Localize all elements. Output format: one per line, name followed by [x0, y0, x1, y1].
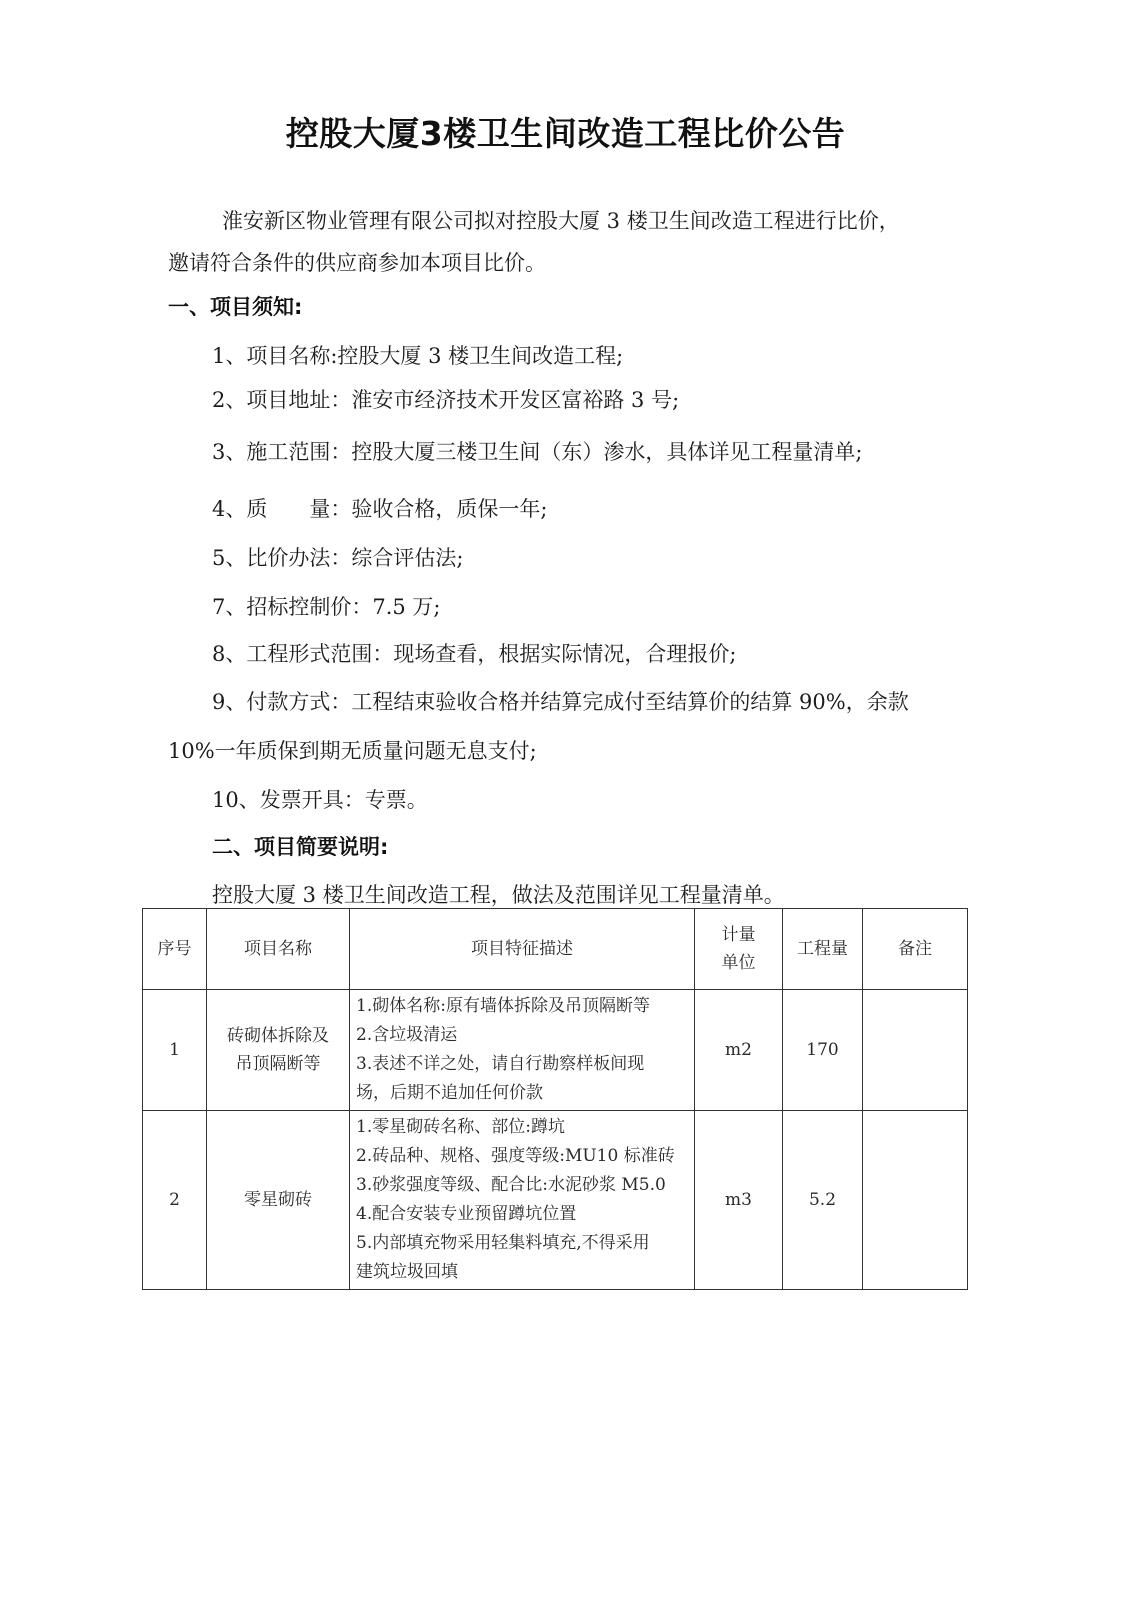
notice-item-10: 10、发票开具：专票。: [212, 784, 428, 814]
description-line: 2.含垃圾清运: [356, 1021, 688, 1050]
row-unit: m3: [695, 1111, 783, 1290]
notice-item-1: 1、项目名称:控股大厦 3 楼卫生间改造工程;: [212, 340, 623, 370]
row-item-name-line-1: 零星砌砖: [207, 1186, 349, 1214]
row-description: 1.零星砌砖名称、部位:蹲坑 2.砖品种、规格、强度等级:MU10 标准砖 3.…: [350, 1111, 695, 1290]
header-item-name: 项目名称: [207, 909, 350, 990]
notice-item-9-continued: 10%一年质保到期无质量问题无息支付;: [168, 735, 537, 765]
row-remark: [863, 990, 968, 1111]
description-line: 5.内部填充物采用轻集料填充,不得采用: [356, 1229, 688, 1258]
header-seq: 序号: [143, 909, 207, 990]
notice-item-4: 4、质 量：验收合格，质保一年;: [212, 493, 547, 523]
row-unit: m2: [695, 990, 783, 1111]
description-line: 1.零星砌砖名称、部位:蹲坑: [356, 1113, 688, 1142]
header-remark: 备注: [863, 909, 968, 990]
notice-item-3: 3、施工范围：控股大厦三楼卫生间（东）渗水，具体详见工程量清单;: [212, 436, 862, 466]
description-line: 1.砌体名称:原有墙体拆除及吊顶隔断等: [356, 992, 688, 1021]
document-title: 控股大厦3楼卫生间改造工程比价公告: [0, 108, 1131, 155]
bill-of-quantities-table: 序号 项目名称 项目特征描述 计量 单位 工程量 备注 1 砖砌体拆除及 吊顶隔…: [142, 908, 968, 1290]
header-description: 项目特征描述: [350, 909, 695, 990]
description-line: 2.砖品种、规格、强度等级:MU10 标准砖: [356, 1142, 688, 1171]
section-2-heading: 二、项目简要说明:: [212, 831, 388, 861]
section-1-heading: 一、项目须知:: [168, 291, 302, 321]
description-line: 3.表述不详之处，请自行勘察样板间现: [356, 1050, 688, 1079]
row-item-name: 砖砌体拆除及 吊顶隔断等: [207, 990, 350, 1111]
section-2-text: 控股大厦 3 楼卫生间改造工程，做法及范围详见工程量清单。: [212, 879, 785, 909]
row-remark: [863, 1111, 968, 1290]
notice-item-8: 8、工程形式范围：现场查看，根据实际情况，合理报价;: [212, 638, 736, 668]
intro-paragraph-line-1: 淮安新区物业管理有限公司拟对控股大厦 3 楼卫生间改造工程进行比价，: [222, 205, 900, 235]
row-quantity: 5.2: [783, 1111, 863, 1290]
description-line: 4.配合安装专业预留蹲坑位置: [356, 1200, 688, 1229]
header-quantity: 工程量: [783, 909, 863, 990]
notice-item-9: 9、付款方式：工程结束验收合格并结算完成付至结算价的结算 90%，余款: [212, 686, 909, 716]
table-row: 1 砖砌体拆除及 吊顶隔断等 1.砌体名称:原有墙体拆除及吊顶隔断等 2.含垃圾…: [143, 990, 968, 1111]
description-line: 建筑垃圾回填: [356, 1258, 688, 1287]
row-item-name-line-1: 砖砌体拆除及: [207, 1022, 349, 1050]
header-unit-line-1: 计量: [695, 921, 782, 949]
row-seq: 1: [143, 990, 207, 1111]
notice-item-5: 5、比价办法：综合评估法;: [212, 542, 463, 572]
table-row: 2 零星砌砖 1.零星砌砖名称、部位:蹲坑 2.砖品种、规格、强度等级:MU10…: [143, 1111, 968, 1290]
row-item-name: 零星砌砖: [207, 1111, 350, 1290]
row-item-name-line-2: 吊顶隔断等: [207, 1050, 349, 1078]
row-seq: 2: [143, 1111, 207, 1290]
table-header-row: 序号 项目名称 项目特征描述 计量 单位 工程量 备注: [143, 909, 968, 990]
description-line: 3.砂浆强度等级、配合比:水泥砂浆 M5.0: [356, 1171, 688, 1200]
row-description: 1.砌体名称:原有墙体拆除及吊顶隔断等 2.含垃圾清运 3.表述不详之处，请自行…: [350, 990, 695, 1111]
description-line: 场，后期不追加任何价款: [356, 1079, 688, 1108]
row-quantity: 170: [783, 990, 863, 1111]
notice-item-2: 2、项目地址：淮安市经济技术开发区富裕路 3 号;: [212, 384, 679, 414]
header-unit: 计量 单位: [695, 909, 783, 990]
header-unit-line-2: 单位: [695, 949, 782, 977]
intro-paragraph-line-2: 邀请符合条件的供应商参加本项目比价。: [168, 247, 546, 277]
notice-item-7: 7、招标控制价：7.5 万;: [212, 591, 441, 621]
